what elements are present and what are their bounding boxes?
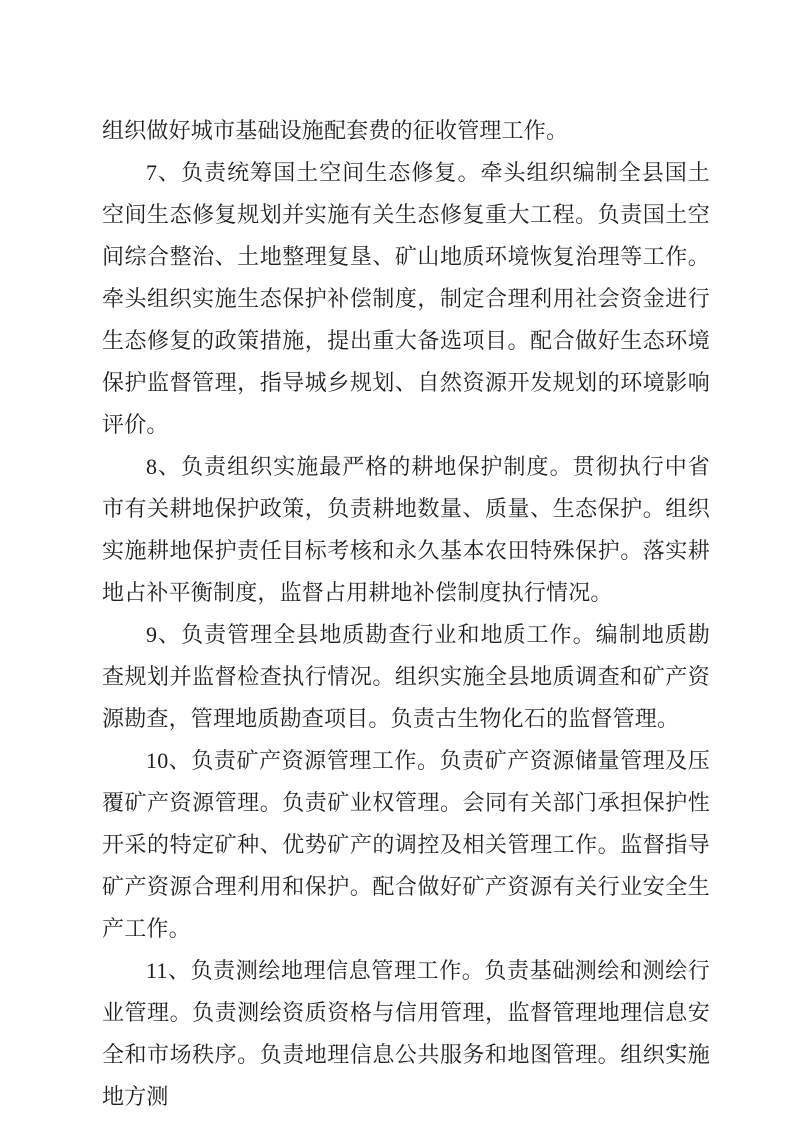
paragraph: 7、负责统筹国土空间生态修复。牵头组织编制全县国土空间生态修复规划并实施有关生态…: [102, 152, 710, 446]
document-text-block: 组织做好城市基础设施配套费的征收管理工作。7、负责统筹国土空间生态修复。牵头组织…: [102, 110, 710, 1118]
page-number: - 5 -: [654, 1039, 697, 1063]
document-page: 组织做好城市基础设施配套费的征收管理工作。7、负责统筹国土空间生态修复。牵头组织…: [0, 0, 793, 1122]
paragraph: 9、负责管理全县地质勘查行业和地质工作。编制地质勘查规划并监督检查执行情况。组织…: [102, 614, 710, 740]
paragraph: 10、负责矿产资源管理工作。负责矿产资源储量管理及压覆矿产资源管理。负责矿业权管…: [102, 740, 710, 950]
paragraph: 8、负责组织实施最严格的耕地保护制度。贯彻执行中省市有关耕地保护政策，负责耕地数…: [102, 446, 710, 614]
paragraph: 组织做好城市基础设施配套费的征收管理工作。: [102, 110, 710, 152]
paragraph: 11、负责测绘地理信息管理工作。负责基础测绘和测绘行业管理。负责测绘资质资格与信…: [102, 950, 710, 1118]
